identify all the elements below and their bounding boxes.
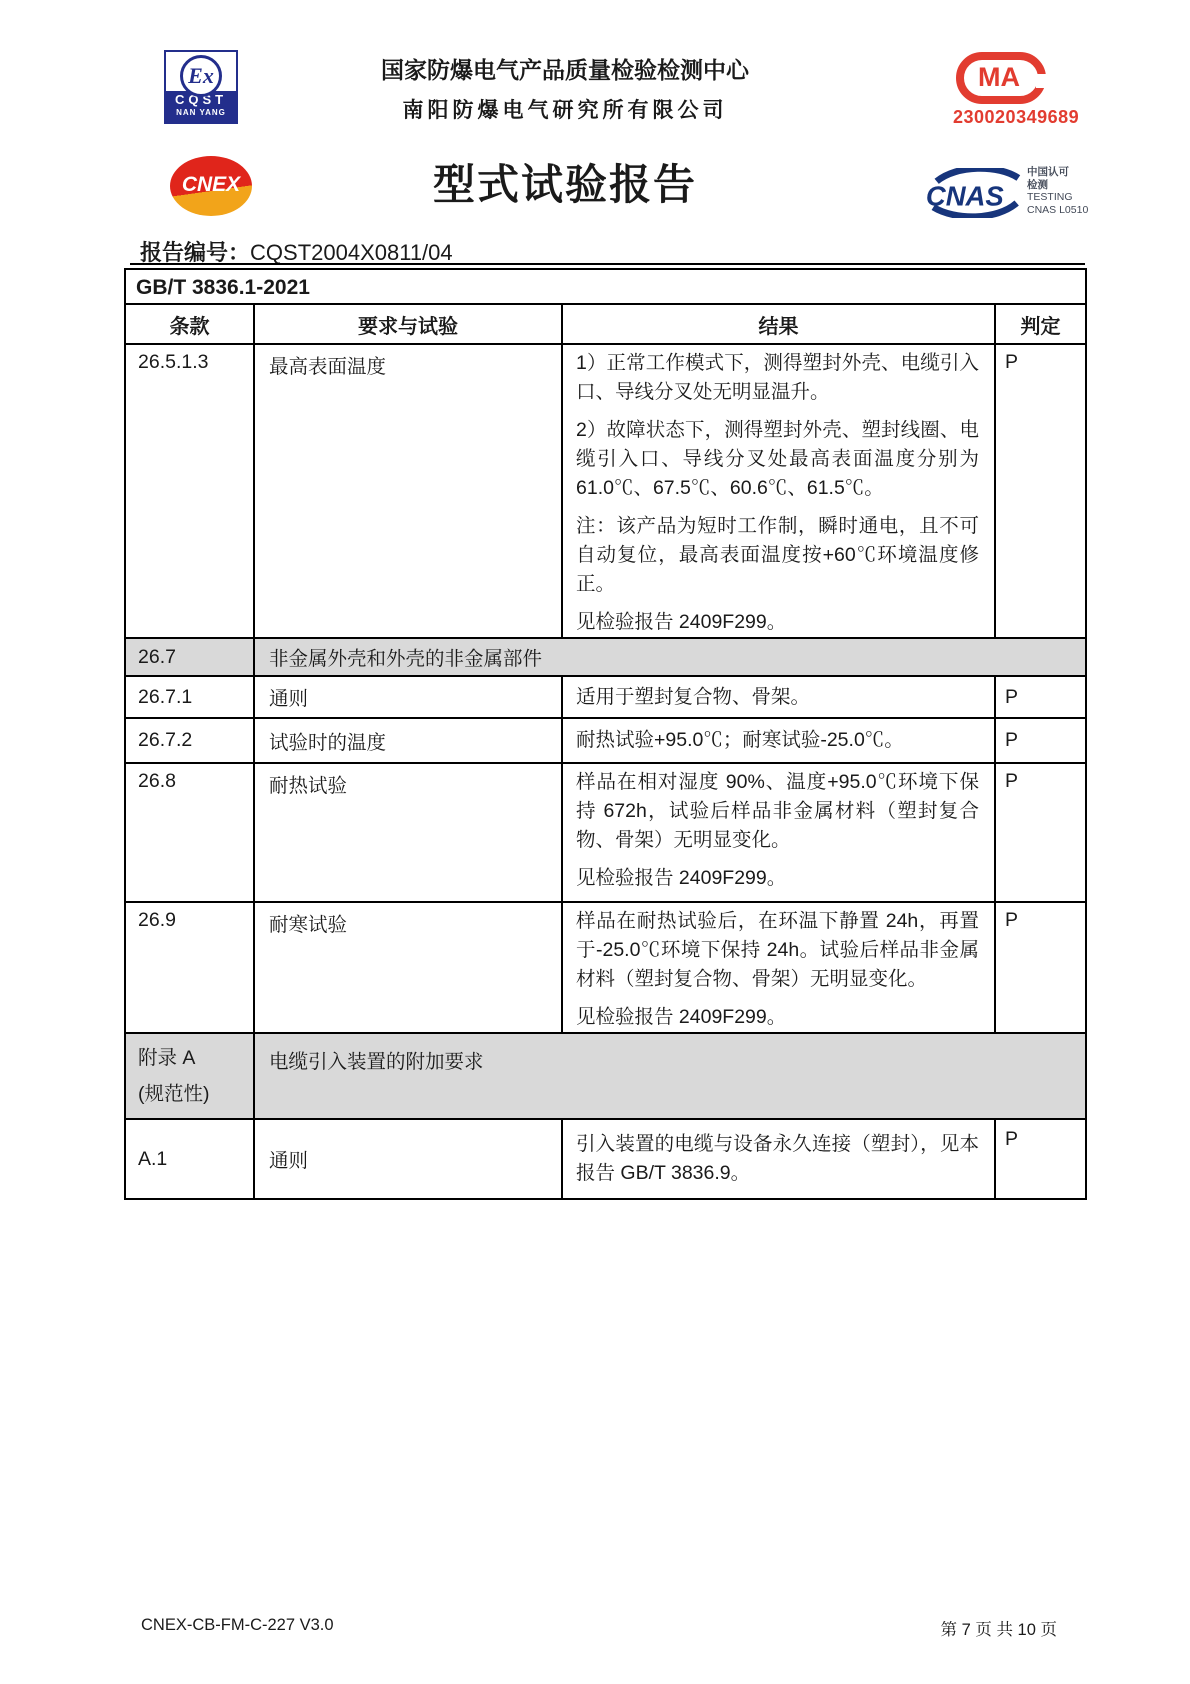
result-paragraph: 2）故障状态下，测得塑封外壳、塑封线圈、电缆引入口、导线分叉处最高表面温度分别为… (576, 416, 979, 503)
result-cell: 耐热试验+95.0℃；耐寒试验-25.0℃。 (562, 718, 995, 763)
org-name-line1: 国家防爆电气产品质量检验检测中心 (150, 52, 980, 85)
col-header-requirement: 要求与试验 (254, 304, 562, 344)
report-number-label: 报告编号： (140, 240, 250, 265)
result-cell: 样品在耐热试验后，在环温下静置 24h，再置于-25.0℃环境下保持 24h。试… (562, 902, 995, 1033)
svg-text:CNAS: CNAS (926, 181, 1005, 212)
verdict-cell: P (995, 676, 1086, 718)
cnas-side-line1: 中国认可 (1027, 166, 1088, 179)
verdict-cell: P (995, 902, 1086, 1033)
table-row: A.1 通则 引入装置的电缆与设备永久连接（塑封），见本报告 GB/T 3836… (125, 1119, 1086, 1199)
result-cell: 样品在相对湿度 90%、温度+95.0℃环境下保持 672h，试验后样品非金属材… (562, 763, 995, 902)
report-number-value: CQST2004X0811/04 (250, 240, 453, 265)
table-header-row: 条款 要求与试验 结果 判定 (125, 304, 1086, 344)
section-title-cell: 非金属外壳和外壳的非金属部件 (254, 638, 1086, 676)
requirement-cell: 耐寒试验 (254, 902, 562, 1033)
cma-ring-gap (1036, 74, 1047, 88)
header-rule (130, 263, 1085, 265)
clause-cell: 26.5.1.3 (125, 344, 254, 638)
section-title-cell: 电缆引入装置的附加要求 (254, 1033, 1086, 1119)
result-paragraph: 样品在耐热试验后，在环温下静置 24h，再置于-25.0℃环境下保持 24h。试… (576, 907, 979, 994)
cma-logo-text: MA (964, 62, 1034, 93)
verdict-cell: P (995, 718, 1086, 763)
cnas-side-line2: 检测 (1027, 179, 1088, 192)
table-row: 26.7.1 通则 适用于塑封复合物、骨架。 P (125, 676, 1086, 718)
verdict-cell: P (995, 344, 1086, 638)
col-header-clause: 条款 (125, 304, 254, 344)
standard-name: GB/T 3836.1-2021 (125, 269, 1086, 304)
col-header-result: 结果 (562, 304, 995, 344)
result-cell: 1）正常工作模式下，测得塑封外壳、电缆引入口、导线分叉处无明显温升。 2）故障状… (562, 344, 995, 638)
document-title: 型式试验报告 (150, 152, 980, 212)
result-paragraph: 注：该产品为短时工作制，瞬时通电，且不可自动复位，最高表面温度按+60℃环境温度… (576, 512, 979, 599)
footer-form-number: CNEX-CB-FM-C-227 V3.0 (141, 1616, 334, 1635)
result-paragraph: 见检验报告 2409F299。 (576, 864, 979, 893)
result-paragraph: 见检验报告 2409F299。 (576, 1003, 979, 1032)
result-cell: 适用于塑封复合物、骨架。 (562, 676, 995, 718)
report-page: Ex CQST NAN YANG 国家防爆电气产品质量检验检测中心 南阳防爆电气… (0, 0, 1190, 1684)
result-paragraph: 引入装置的电缆与设备永久连接（塑封），见本报告 GB/T 3836.9。 (576, 1130, 979, 1188)
ex-mark-icon: Ex (180, 55, 222, 97)
result-paragraph: 见检验报告 2409F299。 (576, 608, 979, 637)
cnas-accreditation-text: 中国认可 检测 TESTING CNAS L0510 (1027, 166, 1088, 216)
section-clause-cell: 附录 A (规范性) (125, 1033, 254, 1119)
table-row: 26.7.2 试验时的温度 耐热试验+95.0℃；耐寒试验-25.0℃。 P (125, 718, 1086, 763)
cnas-side-line4: CNAS L0510 (1027, 204, 1088, 217)
verdict-cell: P (995, 763, 1086, 902)
result-paragraph: 样品在相对湿度 90%、温度+95.0℃环境下保持 672h，试验后样品非金属材… (576, 768, 979, 855)
appendix-clause-line1: 附录 A (138, 1040, 249, 1076)
requirement-cell: 通则 (254, 676, 562, 718)
clause-cell: 26.7.2 (125, 718, 254, 763)
org-name-line2: 南阳防爆电气研究所有限公司 (150, 94, 980, 124)
test-results-table: GB/T 3836.1-2021 条款 要求与试验 结果 判定 26.5.1.3… (124, 268, 1087, 1200)
table-row: 26.9 耐寒试验 样品在耐热试验后，在环温下静置 24h，再置于-25.0℃环… (125, 902, 1086, 1033)
cma-certificate-number: 230020349689 (953, 107, 1049, 128)
section-row: 26.7 非金属外壳和外壳的非金属部件 (125, 638, 1086, 676)
clause-cell: 26.9 (125, 902, 254, 1033)
clause-cell: 26.8 (125, 763, 254, 902)
requirement-cell: 通则 (254, 1119, 562, 1199)
clause-cell: A.1 (125, 1119, 254, 1199)
cnas-logo: CNAS 中国认可 检测 TESTING CNAS L0510 (925, 168, 1075, 218)
standard-row: GB/T 3836.1-2021 (125, 269, 1086, 304)
section-row: 附录 A (规范性) 电缆引入装置的附加要求 (125, 1033, 1086, 1119)
cma-ring-icon: MA (956, 52, 1046, 104)
result-paragraph: 适用于塑封复合物、骨架。 (576, 683, 979, 712)
clause-cell: 26.7.1 (125, 676, 254, 718)
col-header-verdict: 判定 (995, 304, 1086, 344)
requirement-cell: 试验时的温度 (254, 718, 562, 763)
requirement-cell: 耐热试验 (254, 763, 562, 902)
result-paragraph: 耐热试验+95.0℃；耐寒试验-25.0℃。 (576, 726, 979, 755)
section-clause-cell: 26.7 (125, 638, 254, 676)
cnas-side-line3: TESTING (1027, 191, 1088, 204)
appendix-clause-line2: (规范性) (138, 1076, 249, 1112)
result-paragraph: 1）正常工作模式下，测得塑封外壳、电缆引入口、导线分叉处无明显温升。 (576, 349, 979, 407)
table-row: 26.8 耐热试验 样品在相对湿度 90%、温度+95.0℃环境下保持 672h… (125, 763, 1086, 902)
table-row: 26.5.1.3 最高表面温度 1）正常工作模式下，测得塑封外壳、电缆引入口、导… (125, 344, 1086, 638)
verdict-cell: P (995, 1119, 1086, 1199)
footer-page-number: 第 7 页 共 10 页 (941, 1616, 1057, 1640)
cnas-swoosh-icon: CNAS (925, 168, 1025, 218)
result-cell: 引入装置的电缆与设备永久连接（塑封），见本报告 GB/T 3836.9。 (562, 1119, 995, 1199)
requirement-cell: 最高表面温度 (254, 344, 562, 638)
cma-logo: MA 230020349689 (953, 52, 1049, 128)
